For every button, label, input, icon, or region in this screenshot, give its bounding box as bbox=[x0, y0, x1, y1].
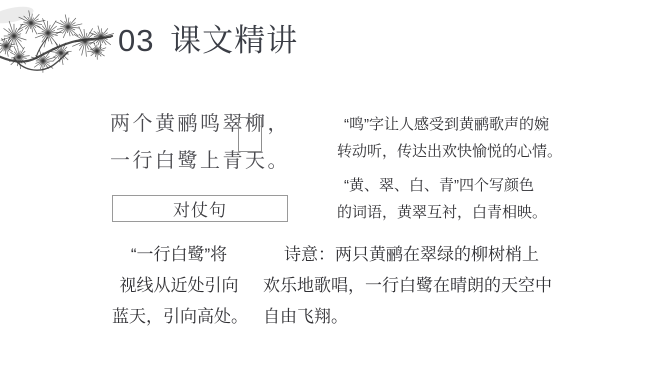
analysis-p1-line-2: 转动听，传达出欢快愉悦的心情。 bbox=[337, 138, 559, 165]
analysis-text-block: “鸣”字让人感受到黄鹂歌声的婉 转动听，传达出欢快愉悦的心情。 “黄、翠、白、青… bbox=[337, 111, 559, 226]
note-line-1: “一行白鹭”将 bbox=[112, 239, 246, 270]
poem-line-1: 两个黄鹂鸣翠柳， bbox=[110, 106, 290, 143]
page-title: 03 课文精讲 bbox=[118, 24, 298, 58]
duizhang-tag-box: 对仗句 bbox=[112, 195, 288, 222]
meaning-line-1: 诗意：两只黄鹂在翠绿的柳树梢上 bbox=[263, 239, 559, 270]
note-line-2: 视线从近处引向 bbox=[112, 270, 246, 301]
pine-branch-ink-art bbox=[0, 6, 120, 86]
poem-text-block: 两个黄鹂鸣翠柳， 一行白鹭上青天。 bbox=[110, 106, 290, 180]
slide-canvas: 03 课文精讲 两个黄鹂鸣翠柳， 一行白鹭上青天。 对仗句 “鸣”字让人感受到黄… bbox=[0, 0, 668, 376]
analysis-paragraph-1: “鸣”字让人感受到黄鹂歌声的婉 转动听，传达出欢快愉悦的心情。 bbox=[337, 111, 559, 165]
analysis-p2-line-2: 的词语，黄翠互衬，白青相映。 bbox=[337, 199, 559, 226]
poem-line-2: 一行白鹭上青天。 bbox=[110, 143, 290, 180]
empty-text-box[interactable] bbox=[238, 117, 262, 152]
white-egret-note-block: “一行白鹭”将 视线从近处引向 蓝天，引向高处。 bbox=[112, 239, 246, 332]
analysis-p1-line-1: “鸣”字让人感受到黄鹂歌声的婉 bbox=[337, 111, 559, 138]
meaning-line-2: 欢乐地歌唱，一行白鹭在晴朗的天空中 bbox=[263, 270, 559, 301]
duizhang-tag-label: 对仗句 bbox=[173, 196, 227, 221]
note-line-3: 蓝天，引向高处。 bbox=[112, 301, 246, 332]
poem-meaning-block: 诗意：两只黄鹂在翠绿的柳树梢上 欢乐地歌唱，一行白鹭在晴朗的天空中 自由飞翔。 bbox=[263, 239, 559, 332]
analysis-p2-line-1: “黄、翠、白、青”四个写颜色 bbox=[337, 172, 559, 199]
meaning-line-3: 自由飞翔。 bbox=[263, 301, 559, 332]
analysis-paragraph-2: “黄、翠、白、青”四个写颜色 的词语，黄翠互衬，白青相映。 bbox=[337, 172, 559, 226]
